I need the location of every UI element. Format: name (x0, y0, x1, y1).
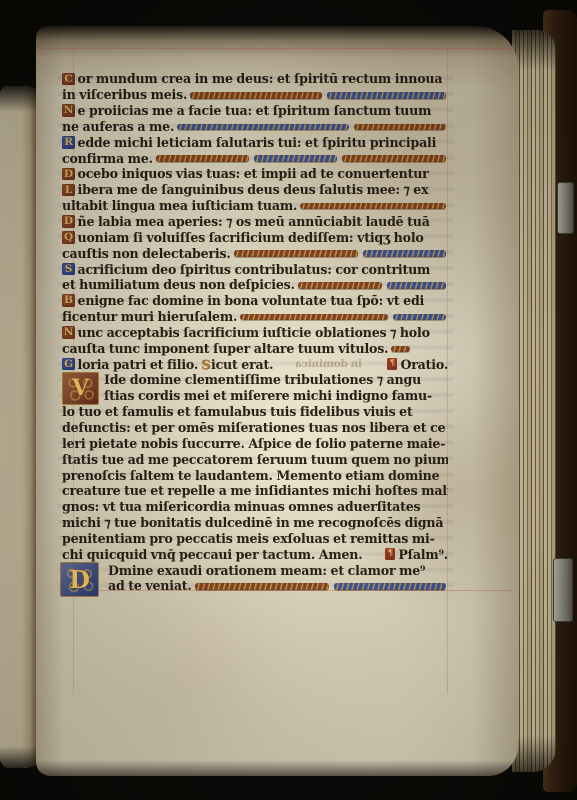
line-filler-blue (393, 314, 446, 321)
manuscript-line: Libera me de ſanguinibus deus deus ſalut… (62, 182, 448, 198)
line-filler-brown (391, 346, 410, 353)
manuscript-line: leri pietate nobis ſuccurre. Aſpice de ſ… (62, 435, 448, 451)
clasp-bottom (553, 558, 573, 622)
line-filler-blue (387, 282, 446, 289)
text-block: Cor mundum crea in me deus: et ſpiritū r… (62, 71, 448, 594)
versal-initial: D (62, 215, 75, 228)
text-run: gnos: vt tua miſericordia minuas omnes a… (62, 499, 448, 514)
versal-initial: N (62, 326, 75, 339)
line-filler-blue (254, 155, 337, 162)
manuscript-line: ne auferas a me. (62, 119, 448, 135)
text-run: edde michi leticiam ſalutaris tui: et ſp… (78, 135, 449, 150)
text-run: confirma me. (62, 151, 153, 166)
text-run: cauſtis non delectaberis. (62, 246, 231, 261)
text-run: ad te veniat. (108, 578, 192, 593)
text-run: Ide domine clementiſſime tribulationes ⁊… (104, 372, 448, 387)
line-filler-brown (298, 282, 382, 289)
manuscript-line: ad te veniat. (62, 578, 448, 594)
line-filler-brown (342, 155, 446, 162)
initial-letter: D (69, 565, 90, 594)
text-run: ultabit lingua mea iuſticiam tuam. (62, 198, 297, 213)
text-run: acrificium deo ſpiritus contribulatus: c… (78, 262, 449, 277)
book-photo: Cor mundum crea in me deus: et ſpiritū r… (0, 0, 577, 800)
text-run: ibera me de ſanguinibus deus deus ſaluti… (78, 182, 449, 197)
paragraph-mark: ¶ (385, 548, 395, 560)
text-run: in viſceribus meis. (62, 87, 187, 102)
manuscript-line: Docebo iniquos vias tuas: et impii ad te… (62, 166, 448, 182)
text-run: lo tuo et famulis et famulabus tuis fide… (62, 404, 448, 419)
illuminated-initial-v: V (62, 372, 99, 405)
text-run: loria patri et filio. (78, 357, 199, 372)
manuscript-line: Sacrificium deo ſpiritus contribulatus: … (62, 261, 448, 277)
manuscript-line: Ne proiicias me a facie tua: et ſpiritum… (62, 103, 448, 119)
manuscript-line: Gloria patri et filio.Sicut erat.in domi… (62, 356, 448, 372)
text-run: or mundum crea in me deus: et ſpiritū re… (78, 71, 449, 86)
manuscript-line: Quoniam ſi voluiſſes ſacrificium dediſſe… (62, 229, 448, 245)
text-run: ñe labia mea aperies: ⁊ os meū annūciabi… (78, 214, 449, 229)
line-filler-blue (363, 250, 446, 257)
illuminated-initial-d: D (60, 562, 99, 597)
manuscript-line: prenoſcis ſaltem te laudantem. Memento e… (62, 467, 448, 483)
text-run: cauſta tunc imponent ſuper altare tuum v… (62, 341, 388, 356)
text-run: Pſalm⁹. (398, 547, 448, 562)
manuscript-line: Cor mundum crea in me deus: et ſpiritū r… (62, 71, 448, 87)
manuscript-line: ſtatis tue ad me peccatorem ſeruum tuum … (62, 451, 448, 467)
manuscript-line: ficentur muri hieruſalem. (62, 309, 448, 325)
manuscript-line: penitentiam pro peccatis meis exſoluas e… (62, 530, 448, 546)
manuscript-line: ſtias cordis mei et miſerere michi indig… (62, 388, 448, 404)
manuscript-line: Dmine exaudi orationem meam: et clamor m… (62, 562, 448, 578)
line-filler-brown (354, 124, 446, 131)
manuscript-line: in viſceribus meis. (62, 87, 448, 103)
text-run: leri pietate nobis ſuccurre. Aſpice de ſ… (62, 436, 448, 451)
manuscript-line: gnos: vt tua miſericordia minuas omnes a… (62, 499, 448, 515)
text-run: prenoſcis ſaltem te laudantem. Memento e… (62, 468, 448, 483)
line-filler-brown (234, 250, 358, 257)
text-run: et humiliatum deus non deſpicies. (62, 277, 295, 292)
versal-initial: G (62, 358, 75, 371)
text-run: creature tue et repelle a me inſidiantes… (62, 483, 448, 498)
manuscript-line: cauſta tunc imponent ſuper altare tuum v… (62, 340, 448, 356)
versal-initial: D (62, 168, 75, 181)
line-filler-blue (177, 124, 349, 131)
manuscript-line: cauſtis non delectaberis. (62, 245, 448, 261)
manuscript-line: et humiliatum deus non deſpicies. (62, 277, 448, 293)
versal-initial: R (62, 136, 75, 149)
manuscript-line: chi quicquid vnq̄ peccaui per tactum. Am… (62, 546, 448, 562)
manuscript-line: Ide domine clementiſſime tribulationes ⁊… (62, 372, 448, 388)
text-run: Oratio. (400, 357, 448, 372)
text-run: penitentiam pro peccatis meis exſoluas e… (62, 531, 448, 546)
paragraph-mark: ¶ (387, 358, 397, 370)
text-run: uoniam ſi voluiſſes ſacrificium dediſſem… (78, 230, 449, 245)
text-run: ſtatis tue ad me peccatorem ſeruum tuum … (62, 452, 448, 467)
text-run: ſtias cordis mei et miſerere michi indig… (104, 388, 448, 403)
manuscript-line: creature tue et repelle a me inſidiantes… (62, 483, 448, 499)
manuscript-line: confirma me. (62, 150, 448, 166)
manuscript-line: Nunc acceptabis ſacrificium iuſticie obl… (62, 325, 448, 341)
manuscript-line: ultabit lingua mea iuſticiam tuam. (62, 198, 448, 214)
initial-letter: V (72, 375, 89, 401)
manuscript-line: Redde michi leticiam ſalutaris tui: et ſ… (62, 134, 448, 150)
clasp-top (557, 182, 574, 234)
text-run: chi quicquid vnq̄ peccaui per tactum. Am… (62, 547, 382, 562)
show-through-text: in dominica (273, 358, 384, 370)
manuscript-line: defunctis: et per omēs miſerationes tuas… (62, 420, 448, 436)
manuscript-line: Benigne fac domine in bona voluntate tua… (62, 293, 448, 309)
text-run: e proiicias me a facie tua: et ſpiritum … (78, 103, 449, 118)
line-filler-brown (195, 583, 329, 590)
manuscript-line: michi ⁊ tue bonitatis dulcedinē in me re… (62, 515, 448, 531)
text-run: michi ⁊ tue bonitatis dulcedinē in me re… (62, 515, 448, 530)
versal-initial: N (62, 104, 75, 117)
versal-initial: L (62, 184, 75, 197)
text-run: Dmine exaudi orationem meam: et clamor m… (108, 563, 448, 578)
text-run: enigne fac domine in bona voluntate tua … (78, 293, 449, 308)
text-run: unc acceptabis ſacrificium iuſticie obla… (78, 325, 449, 340)
manuscript-line: Dñe labia mea aperies: ⁊ os meū annūciab… (62, 214, 448, 230)
text-run: ficentur muri hieruſalem. (62, 309, 237, 324)
line-filler-brown (240, 314, 388, 321)
line-filler-blue (334, 583, 446, 590)
line-filler-brown (300, 203, 446, 210)
text-run: ne auferas a me. (62, 119, 174, 134)
versal-initial: C (62, 73, 75, 86)
page-stack-edges (512, 30, 556, 772)
line-filler-brown (190, 92, 321, 99)
versal-initial: B (62, 294, 75, 307)
manuscript-line: lo tuo et famulis et famulabus tuis fide… (62, 404, 448, 420)
line-filler-blue (327, 92, 446, 99)
text-run: icut erat. (211, 357, 273, 372)
versal-initial: Q (62, 231, 75, 244)
line-filler-brown (156, 155, 249, 162)
versal-initial-inline: S (201, 357, 210, 372)
versal-initial: S (62, 263, 75, 276)
text-run: ocebo iniquos vias tuas: et impii ad te … (78, 166, 449, 181)
text-run: defunctis: et per omēs miſerationes tuas… (62, 420, 448, 435)
